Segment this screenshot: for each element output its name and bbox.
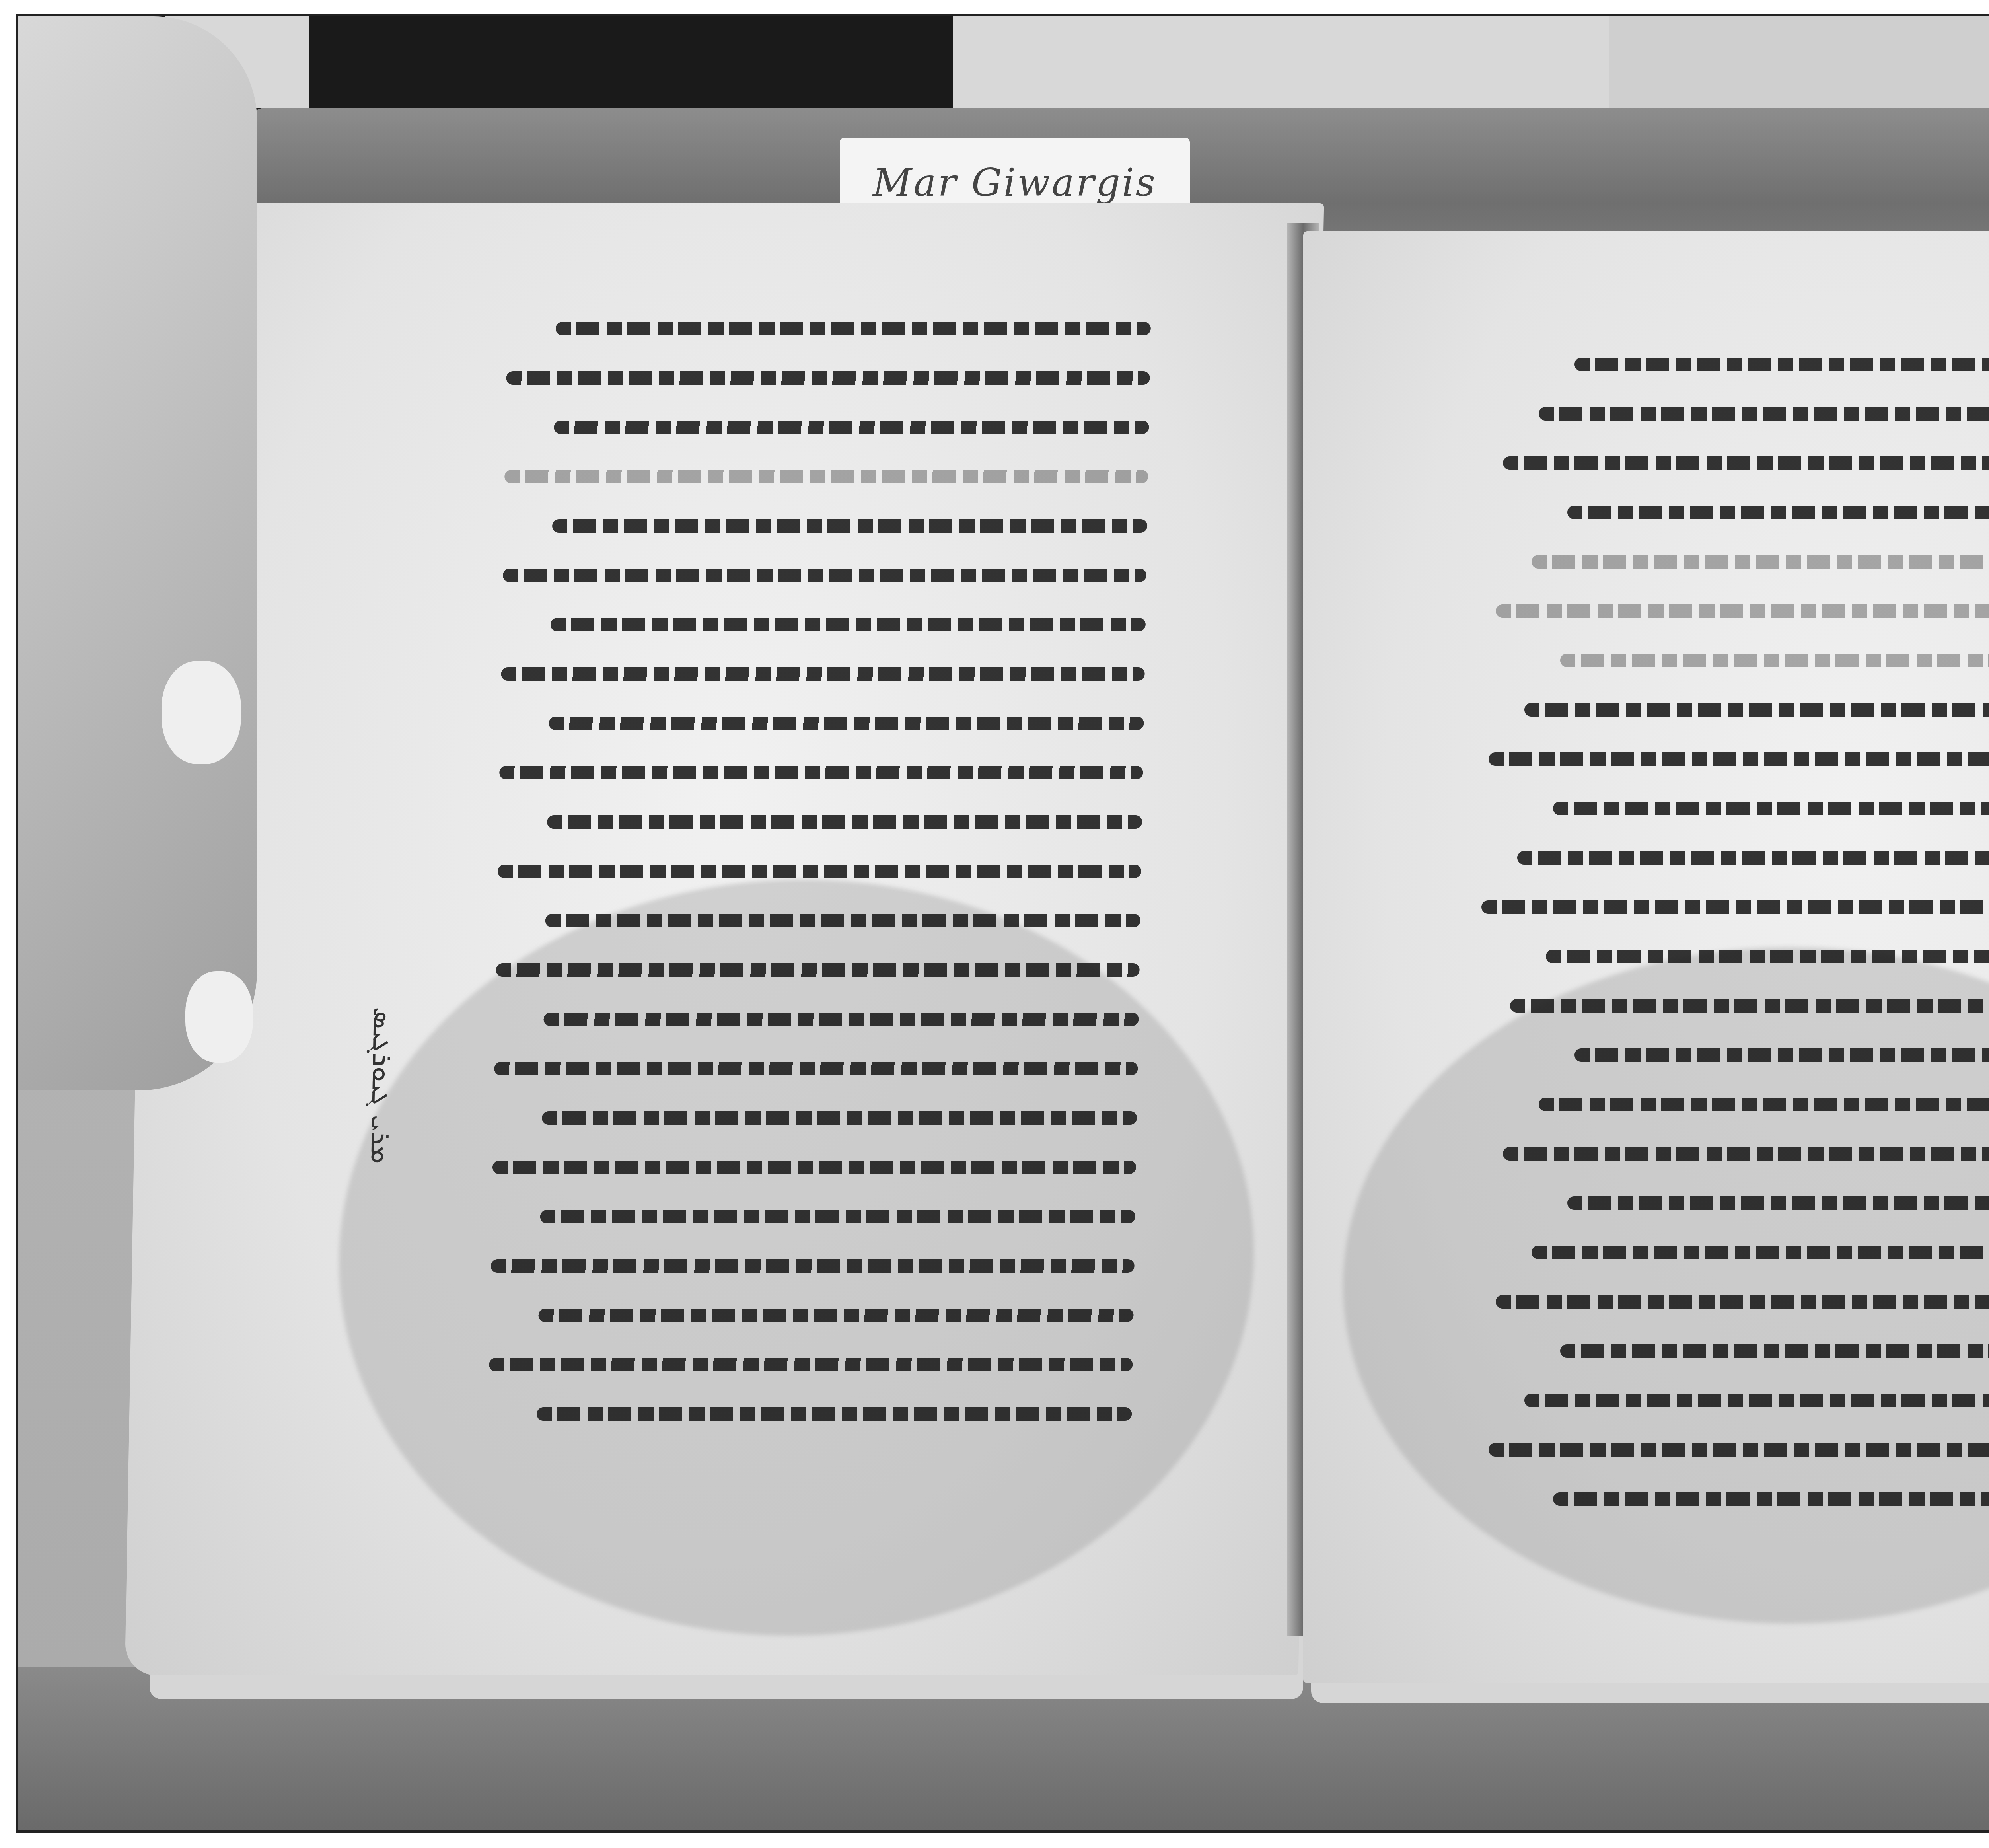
margin-note: ܡܪܝ ܓܝܘܪܓܝܣ [364,1007,400,1164]
syriac-script [554,421,1149,434]
text-line [1474,1087,1989,1122]
syriac-script [540,1210,1135,1223]
text-line [1474,791,1989,826]
text-line [458,311,1151,347]
syriac-script [543,1013,1139,1026]
text-line [1474,544,1989,580]
text-line [1474,1235,1989,1270]
syriac-script [1574,358,1989,371]
syriac-script [549,717,1144,730]
text-line [1474,1333,1989,1369]
right-page: ⁖ ⁘ [1303,231,1989,1683]
syriac-script [550,618,1146,631]
left-text-block [439,311,1151,1445]
syriac-script [1481,900,1989,914]
text-line [444,1100,1137,1136]
syriac-script [492,1161,1137,1174]
text-line [449,853,1142,889]
syriac-script [1496,604,1989,618]
text-line [1474,988,1989,1024]
text-line [1474,840,1989,876]
text-line [1474,692,1989,728]
text-line [1474,396,1989,432]
syriac-script [490,1259,1135,1273]
text-line [439,1396,1132,1432]
text-line [1474,1136,1989,1172]
syriac-script [1489,1443,1989,1457]
syriac-script [1532,555,1989,569]
text-line [1474,1481,1989,1517]
text-line [442,1248,1135,1284]
syriac-script [489,1358,1133,1371]
syriac-script [1524,703,1989,717]
syriac-script [555,322,1151,335]
text-line [457,409,1150,445]
syriac-script [1532,1246,1989,1259]
text-line [450,804,1142,840]
syriac-script [538,1309,1134,1322]
text-line [447,952,1140,988]
text-line [454,557,1147,593]
syriac-script [1510,999,1989,1013]
text-line [453,607,1146,643]
syriac-script [1539,1098,1989,1111]
syriac-script [1496,1295,1989,1309]
syriac-script [506,371,1150,385]
text-line [448,903,1141,939]
syriac-script [1524,1394,1989,1407]
text-line [446,1001,1139,1037]
text-line [441,1297,1134,1333]
text-line [1474,1284,1989,1320]
text-line [1474,593,1989,629]
text-line [455,508,1148,544]
text-line [1474,495,1989,530]
manuscript-photograph: Mar Giwargis ܡܪܝ ܓܝܘܪܓܝܣ ⁖ ⁘ [16,14,1989,1833]
text-line [1474,741,1989,777]
syriac-script [498,865,1142,878]
syriac-script [541,1111,1137,1125]
left-thumbnail [162,661,241,764]
text-line [457,360,1150,396]
left-hand [16,16,257,1090]
syriac-script [1553,802,1989,815]
syriac-script [536,1407,1132,1421]
syriac-script [494,1062,1138,1075]
syriac-script [1567,1196,1989,1210]
text-line [456,459,1149,495]
text-line [1474,1037,1989,1073]
syriac-script [501,667,1145,681]
text-line [452,656,1145,692]
text-line [1474,445,1989,481]
text-line [451,755,1144,791]
text-line [1474,643,1989,678]
text-line [1474,1383,1989,1418]
syriac-script [1560,654,1989,667]
text-line [440,1347,1133,1383]
syriac-script [499,766,1143,779]
text-line [443,1199,1136,1235]
text-line [444,1149,1137,1185]
syriac-script [552,519,1147,533]
syriac-script [545,914,1140,927]
syriac-script [502,569,1146,582]
syriac-script [1503,1147,1989,1161]
syriac-script [1574,1048,1989,1062]
text-line [1474,889,1989,925]
syriac-script [1517,851,1989,865]
left-page: ܡܪܝ ܓܝܘܪܓܝܣ [125,203,1324,1675]
text-line [1474,347,1989,382]
syriac-script [496,963,1140,977]
background-gap [953,16,1709,108]
syriac-script [1489,752,1989,766]
text-line [1474,1432,1989,1468]
text-line [1474,939,1989,974]
syriac-script [1539,407,1989,421]
syriac-script [504,470,1148,483]
left-fingernail [185,971,253,1063]
background-gap [1609,16,1989,108]
text-line [452,705,1144,741]
syriac-script [1546,950,1989,963]
syriac-script [1503,456,1989,470]
syriac-script [1567,506,1989,519]
syriac-script [547,815,1142,829]
text-line [446,1051,1139,1087]
syriac-script [1553,1492,1989,1506]
right-text-block [1474,347,1989,1531]
syriac-script [1560,1344,1989,1358]
text-line [1474,1185,1989,1221]
